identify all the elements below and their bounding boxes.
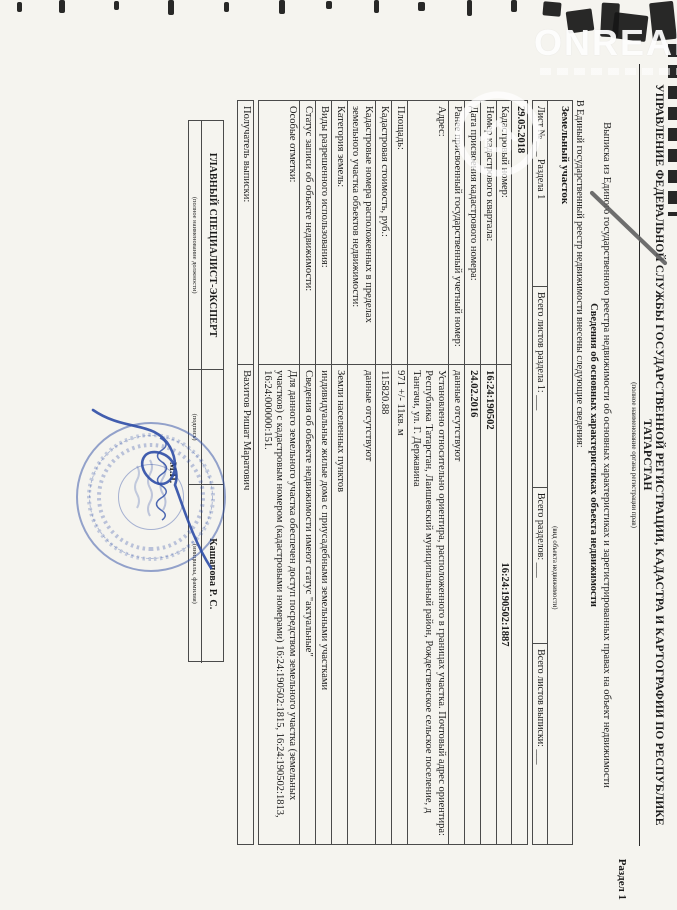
cadastral-number-value: 16:24:190502:1887	[496, 365, 512, 845]
scanned-page: УПРАВЛЕНИЕ ФЕДЕРАЛЬНОЙ СЛУЖБЫ ГОСУДАРСТВ…	[0, 0, 677, 910]
attr-value: 971 +/- 11кв. м	[391, 365, 407, 845]
attr-row: Статус записи об объекте недвижимости: С…	[300, 101, 316, 845]
attr-value: Установлено относительно ориентира, расп…	[407, 365, 448, 845]
signature-cell: (подпись)	[189, 370, 223, 484]
scan-noise	[59, 0, 65, 13]
cadastral-number-row: Кадастровый номер: 16:24:190502:1887	[496, 101, 512, 845]
sheet-cell-list-number: Лист № ___ Раздела 1	[533, 101, 548, 287]
official-position: ГЛАВНЫЙ СПЕЦИАЛИСТ-ЭКСПЕРТ	[201, 121, 223, 369]
attr-value: 115820.88	[376, 365, 392, 845]
attr-row: Дата присвоения кадастрового номера: 24.…	[464, 101, 480, 845]
object-type-table: Земельный участок (вид объекта недвижимо…	[532, 100, 573, 845]
attr-value: Земли населенных пунктов	[331, 365, 347, 845]
section-label: Раздел 1	[616, 0, 628, 910]
attr-row: Кадастровая стоимость, руб.: 115820.88	[376, 101, 392, 845]
scan-noise	[668, 44, 677, 216]
attr-label: Кадастровый номер:	[496, 101, 512, 365]
name-caption: (инициалы, фамилия)	[189, 485, 201, 663]
attr-row: Категория земель: Земли населенных пункт…	[331, 101, 347, 845]
scan-noise	[114, 1, 119, 10]
scan-noise	[17, 2, 22, 12]
attr-value: Для данного земельного участка обеспечен…	[258, 365, 299, 845]
extract-title: Выписка из Единого государственного реес…	[601, 0, 612, 910]
sheet-cell-total-sections: Всего разделов: ___	[533, 487, 548, 643]
attr-label: Кадастровая стоимость, руб.:	[376, 101, 392, 365]
attr-value: индивидуальные жилые дома с приусадебным…	[315, 365, 331, 845]
scan-noise	[374, 0, 379, 13]
scan-noise	[542, 1, 561, 17]
attr-label: Виды разрешенного использования:	[315, 101, 331, 365]
attr-row: Виды разрешенного использования: индивид…	[315, 101, 331, 845]
document-content: В Единый государственный реестр недвижим…	[188, 100, 585, 845]
recipient-table: Получатель выписки: Вахитов Ришат Марато…	[237, 100, 254, 845]
intro-line: В Единый государственный реестр недвижим…	[574, 100, 585, 845]
attr-label: Ранее присвоенный государственный учетны…	[449, 101, 465, 365]
object-type-row: Земельный участок (вид объекта недвижимо…	[548, 101, 573, 845]
signature-space	[201, 370, 223, 483]
attr-label: Площадь:	[391, 101, 407, 365]
attr-label: Адрес:	[407, 101, 448, 365]
stamp-text-line	[161, 462, 166, 510]
attr-row: Получатель выписки: Вахитов Ришат Марато…	[237, 101, 253, 845]
attr-value: 24.02.2016	[464, 365, 480, 845]
sheet-row: Лист № ___ Раздела 1 Всего листов раздел…	[533, 101, 548, 845]
stamp-text-line	[135, 466, 139, 508]
stamp-text-line	[148, 460, 152, 516]
attr-label: Номер кадастрового квартала:	[480, 101, 496, 365]
scan-noise	[566, 8, 595, 33]
attributes-table: 29.05.2018 Кадастровый номер: 16:24:1905…	[258, 100, 528, 845]
position-cell: ГЛАВНЫЙ СПЕЦИАЛИСТ-ЭКСПЕРТ (полное наиме…	[189, 121, 223, 370]
signature-block: ГЛАВНЫЙ СПЕЦИАЛИСТ-ЭКСПЕРТ (полное наиме…	[188, 120, 224, 662]
attr-value: данные отсутствуют	[347, 365, 376, 845]
attr-label: Особые отметки:	[258, 101, 299, 365]
position-caption: (полное наименование должности)	[189, 121, 201, 369]
attr-label: Категория земель:	[331, 101, 347, 365]
object-type-cell: Земельный участок (вид объекта недвижимо…	[548, 101, 573, 845]
attr-row: Кадастровые номера расположенных в преде…	[347, 101, 376, 845]
attr-label: Кадастровые номера расположенных в преде…	[347, 101, 376, 365]
scan-noise	[467, 0, 472, 16]
document-rotated: УПРАВЛЕНИЕ ФЕДЕРАЛЬНОЙ СЛУЖБЫ ГОСУДАРСТВ…	[0, 0, 677, 910]
scan-noise	[326, 1, 332, 9]
attr-label: Статус записи об объекте недвижимости:	[300, 101, 316, 365]
attr-value: Сведения об объекте недвижимости имеют с…	[300, 365, 316, 845]
extract-subtitle: Сведения об основных характеристиках объ…	[588, 0, 599, 910]
signature-scribble	[157, 438, 167, 520]
authority-name: УПРАВЛЕНИЕ ФЕДЕРАЛЬНОЙ СЛУЖБЫ ГОСУДАРСТВ…	[639, 64, 665, 847]
scan-noise	[418, 2, 425, 11]
attr-value: 16:24:190502	[480, 365, 496, 845]
document-body: УПРАВЛЕНИЕ ФЕДЕРАЛЬНОЙ СЛУЖБЫ ГОСУДАРСТВ…	[188, 0, 677, 910]
scan-noise	[600, 3, 620, 38]
sheet-cell-total-sheets: Всего листов раздела 1: ___	[533, 287, 548, 488]
attr-row: Ранее присвоенный государственный учетны…	[449, 101, 465, 845]
scan-noise	[649, 1, 677, 41]
date-row: 29.05.2018	[512, 101, 528, 845]
attr-row: Номер кадастрового квартала: 16:24:19050…	[480, 101, 496, 845]
scan-noise	[511, 0, 517, 12]
authority-caption: (полное наименование органа регистрации …	[630, 0, 638, 910]
recipient-name: Вахитов Ришат Маратович	[237, 365, 253, 845]
object-type-caption: (вид объекта недвижимости)	[549, 297, 557, 839]
stamp-place-label: М.П.	[167, 462, 177, 483]
attr-row: Площадь: 971 +/- 11кв. м	[391, 101, 407, 845]
official-name: Кашапова Р. С.	[201, 485, 223, 663]
scan-noise	[224, 2, 229, 12]
scan-noise	[168, 0, 174, 15]
scan-noise	[279, 0, 285, 14]
name-cell: Кашапова Р. С. (инициалы, фамилия)	[189, 485, 223, 663]
attr-label: Дата присвоения кадастрового номера:	[464, 101, 480, 365]
sheet-cell-total-extract: Всего листов выписки: ___	[533, 644, 548, 845]
signature-caption: (подпись)	[189, 370, 201, 483]
extract-date: 29.05.2018	[512, 101, 528, 845]
attr-row: Адрес: Установлено относительно ориентир…	[407, 101, 448, 845]
attr-label: Получатель выписки:	[237, 101, 253, 365]
attr-value: данные отсутствуют	[449, 365, 465, 845]
object-type: Земельный участок	[558, 106, 571, 839]
attr-row: Особые отметки: Для данного земельного у…	[258, 101, 299, 845]
